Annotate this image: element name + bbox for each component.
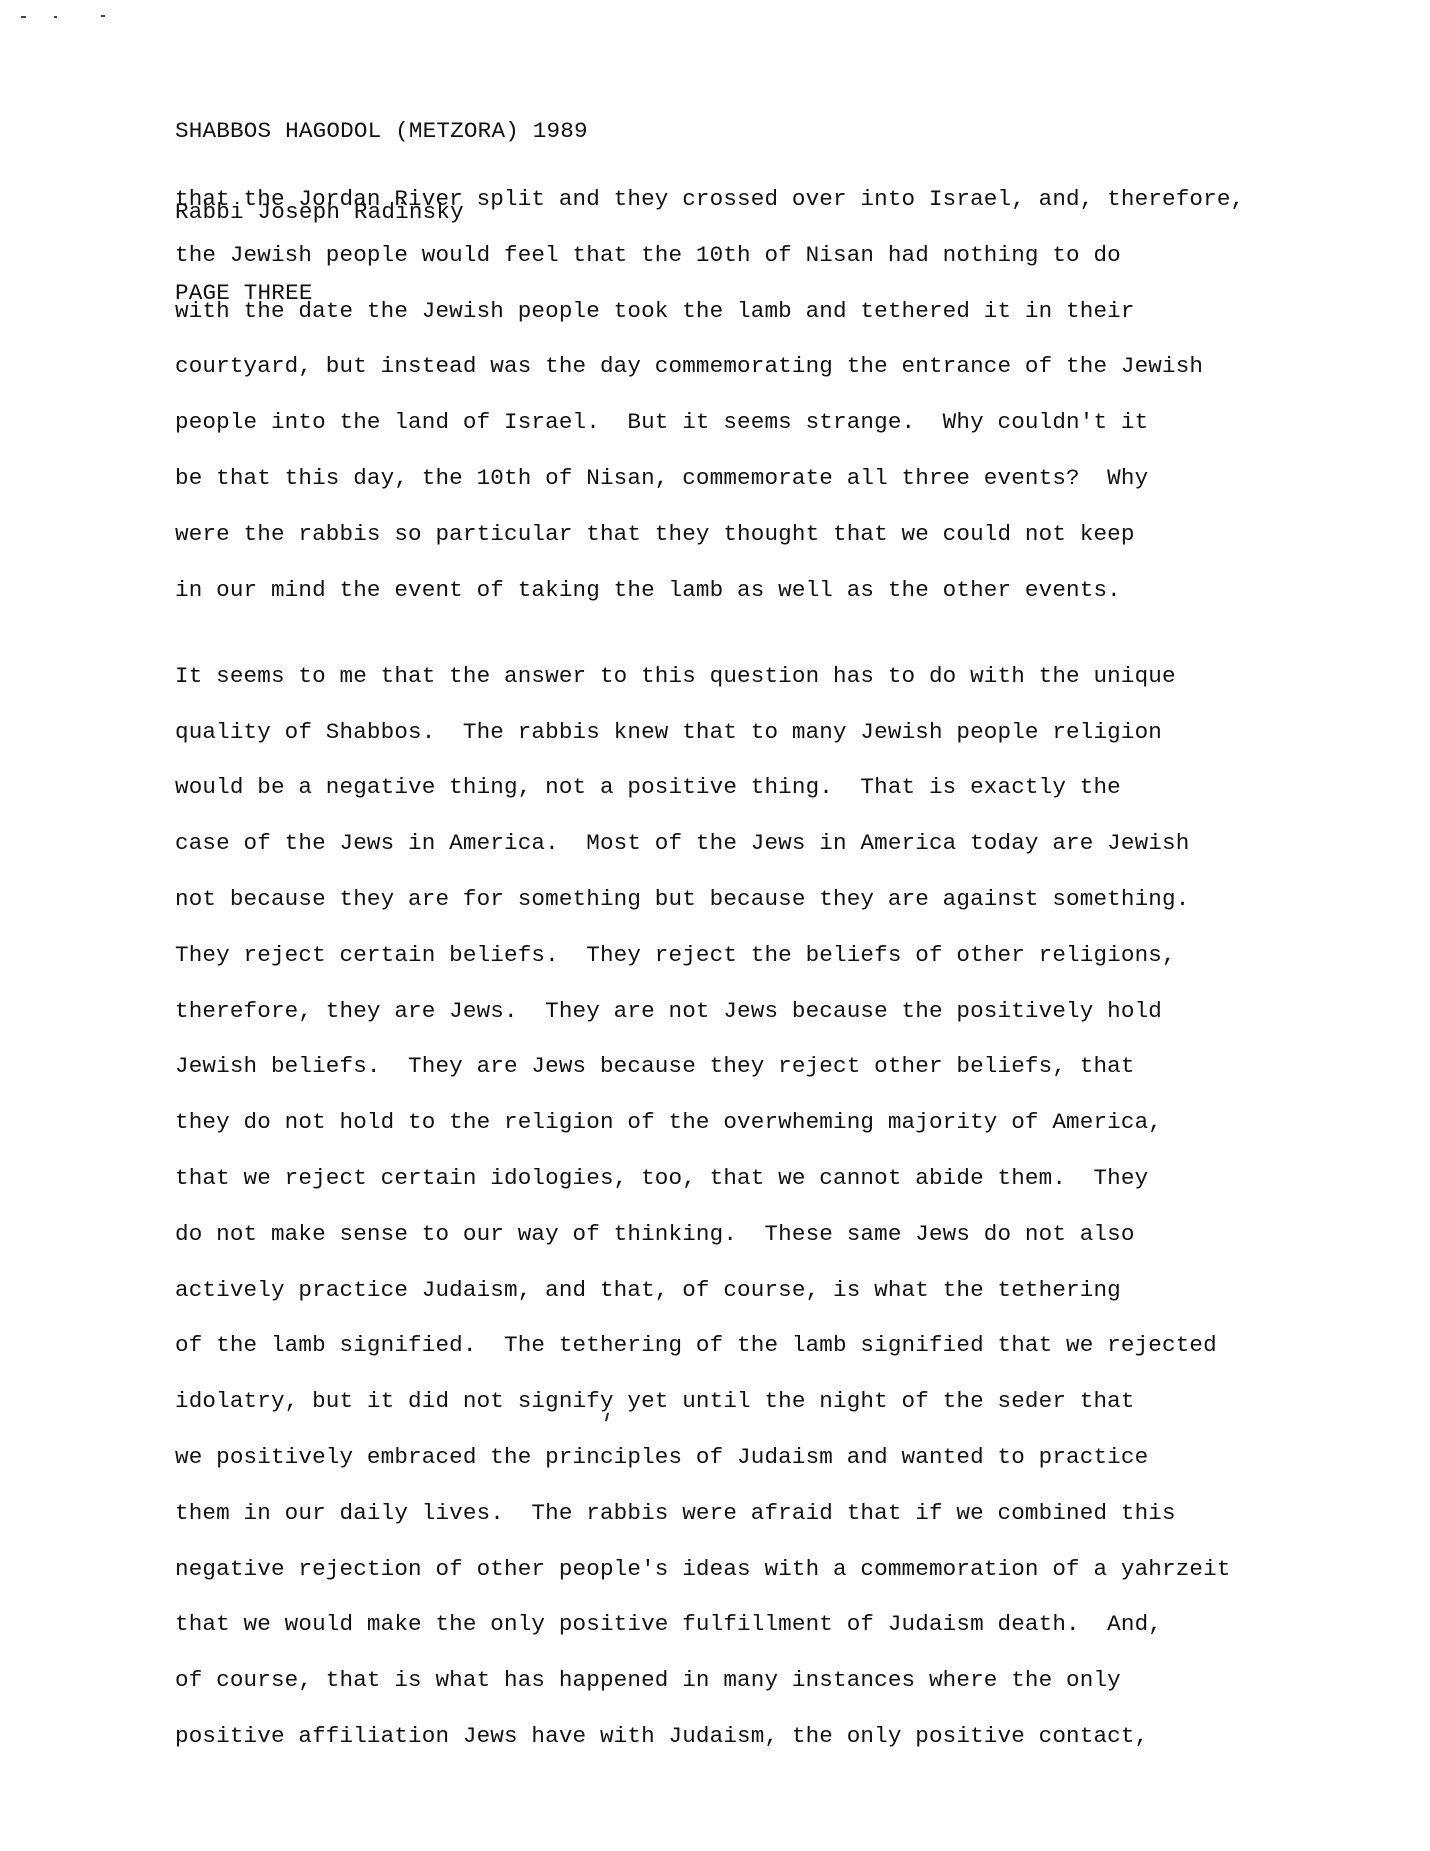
document-body: that the Jordan River split and they cro…	[175, 172, 1244, 1765]
text-line: courtyard, but instead was the day comme…	[175, 339, 1244, 395]
paragraph: It seems to me that the answer to this q…	[175, 649, 1244, 1765]
text-line: They reject certain beliefs. They reject…	[175, 928, 1244, 984]
text-line: quality of Shabbos. The rabbis knew that…	[175, 705, 1244, 761]
text-line: positive affiliation Jews have with Juda…	[175, 1709, 1244, 1765]
scan-artifact-mark	[101, 15, 105, 17]
text-line: therefore, they are Jews. They are not J…	[175, 984, 1244, 1040]
sermon-title: SHABBOS HAGODOL (METZORA) 1989	[175, 118, 588, 145]
text-line: negative rejection of other people's ide…	[175, 1542, 1244, 1598]
text-line: that the Jordan River split and they cro…	[175, 172, 1244, 228]
paragraph: that the Jordan River split and they cro…	[175, 172, 1244, 618]
text-line: that we reject certain idologies, too, t…	[175, 1151, 1244, 1207]
text-line: do not make sense to our way of thinking…	[175, 1207, 1244, 1263]
text-line: not because they are for something but b…	[175, 872, 1244, 928]
text-line: people into the land of Israel. But it s…	[175, 395, 1244, 451]
text-line: of the lamb signified. The tethering of …	[175, 1318, 1244, 1374]
text-line: the Jewish people would feel that the 10…	[175, 228, 1244, 284]
text-line: in our mind the event of taking the lamb…	[175, 563, 1244, 619]
document-page: SHABBOS HAGODOL (METZORA) 1989 Rabbi Jos…	[0, 0, 1430, 1851]
text-line: actively practice Judaism, and that, of …	[175, 1263, 1244, 1319]
text-line: of course, that is what has happened in …	[175, 1653, 1244, 1709]
text-line: were the rabbis so particular that they …	[175, 507, 1244, 563]
text-line: with the date the Jewish people took the…	[175, 284, 1244, 340]
text-line: case of the Jews in America. Most of the…	[175, 816, 1244, 872]
text-line: It seems to me that the answer to this q…	[175, 649, 1244, 705]
text-line: idolatry, but it did not signify yet unt…	[175, 1374, 1244, 1430]
scan-artifact-mark	[21, 16, 26, 18]
text-line: we positively embraced the principles of…	[175, 1430, 1244, 1486]
text-line: they do not hold to the religion of the …	[175, 1095, 1244, 1151]
text-line: that we would make the only positive ful…	[175, 1597, 1244, 1653]
scan-artifact-mark	[54, 16, 57, 18]
text-line: Jewish beliefs. They are Jews because th…	[175, 1039, 1244, 1095]
text-line: them in our daily lives. The rabbis were…	[175, 1486, 1244, 1542]
text-line: be that this day, the 10th of Nisan, com…	[175, 451, 1244, 507]
text-line: would be a negative thing, not a positiv…	[175, 760, 1244, 816]
